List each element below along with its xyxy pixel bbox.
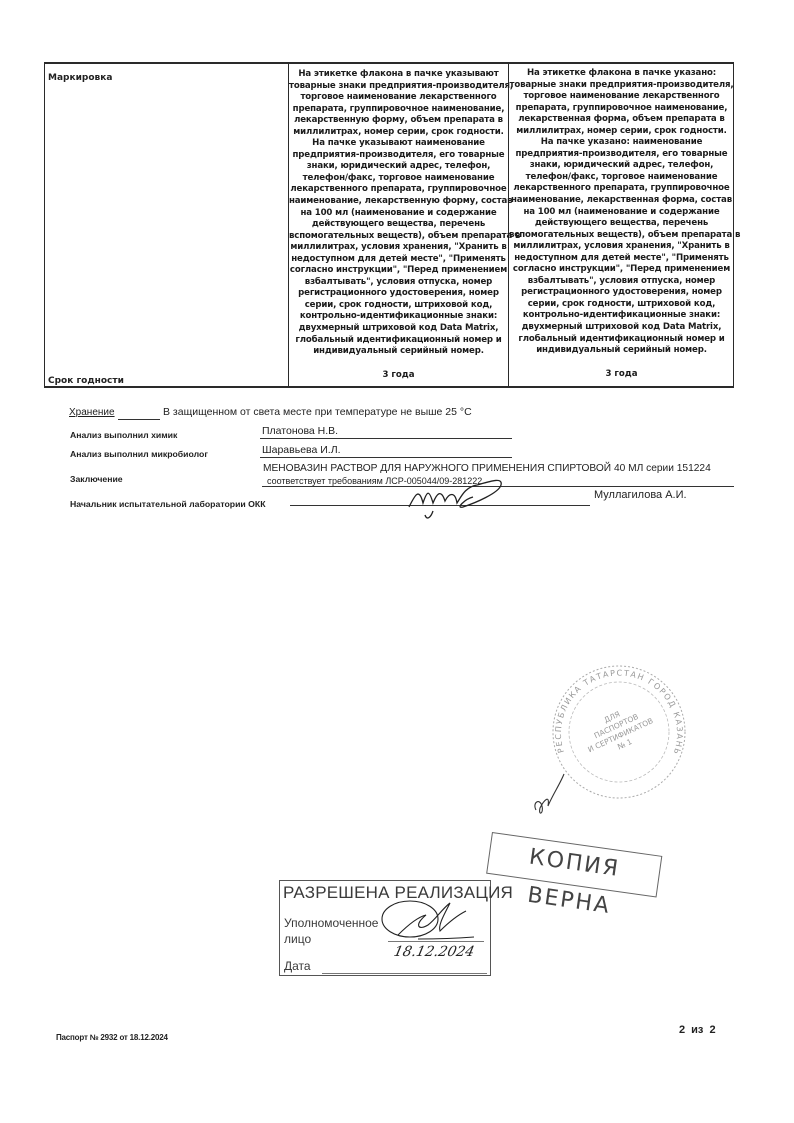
cell-line: вспомогательных веществ), объем препарат… [509, 230, 734, 242]
cell-line: миллилитрах, условия хранения, "Хранить … [509, 241, 734, 253]
cell-line: контрольно-идентификационные знаки: [509, 310, 734, 322]
cell-line: лекарственного препарата, группировочное [289, 184, 508, 196]
authorized-signature-icon [378, 895, 478, 945]
cell-line: серии, срок годности, штриховой код, [289, 300, 508, 312]
cell-line: взбалтывать", условия отпуска, номер [289, 277, 508, 289]
date-underline [322, 973, 487, 974]
cell-line: лекарственная форма, объем препарата в [509, 114, 734, 126]
cell-line: миллилитрах, номер серии, срок годности. [509, 126, 734, 138]
head-of-lab-name: Муллагилова А.И. [594, 489, 687, 501]
date-label: Дата [284, 959, 311, 973]
cell-line: взбалтывать", условия отпуска, номер [509, 276, 734, 288]
cell-line: индивидуальный серийный номер. [509, 345, 734, 357]
chemist-underline [260, 438, 512, 439]
cell-line: контрольно-идентификационные знаки: [289, 311, 508, 323]
cell-line: товарные знаки предприятия-производителя… [509, 80, 734, 92]
cell-line: товарные знаки предприятия-производителя… [289, 81, 508, 93]
shelf-life-actual: 3 года [509, 369, 734, 379]
cell-line: двухмерный штриховой код Data Matrix, [289, 323, 508, 335]
page-number: 2 из 2 [679, 1024, 716, 1036]
microbiologist-underline [260, 457, 512, 458]
cell-line: глобальный идентификационный номер и [289, 335, 508, 347]
cell-line: глобальный идентификационный номер и [509, 334, 734, 346]
cell-line: телефон/факс, торговое наименование [289, 173, 508, 185]
marking-actual-text: На этикетке флакона в пачке указано:това… [509, 68, 734, 357]
cell-line: знаки, юридический адрес, телефон, [289, 161, 508, 173]
cell-line: На пачке указывают наименование [289, 138, 508, 150]
conclusion-label: Заключение [70, 474, 123, 484]
cell-line: наименование, лекарственную форму, соста… [289, 196, 508, 208]
chemist-name: Платонова Н.В. [262, 425, 338, 437]
cell-line: на 100 мл (наименование и содержание [509, 207, 734, 219]
cell-line: предприятия-производителя, его товарные [509, 149, 734, 161]
cell-line: действующего вещества, перечень [289, 219, 508, 231]
cell-line: На пачке указано: наименование [509, 137, 734, 149]
date-value: 18.12.2024 [392, 944, 476, 960]
authorized-person-label-line1: Уполномоченное [284, 916, 378, 930]
specification-table: Маркировка На этикетке флакона в пачке у… [44, 62, 734, 388]
storage-label: Хранение [69, 407, 115, 418]
cell-line: торговое наименование лекарственного [509, 91, 734, 103]
cell-line: двухмерный штриховой код Data Matrix, [509, 322, 734, 334]
authorized-person-label-line2: лицо [284, 932, 311, 946]
shelf-life-spec: 3 года [289, 370, 508, 380]
passport-footer: Паспорт № 2932 от 18.12.2024 [56, 1033, 168, 1042]
cell-line: согласно инструкции", "Перед применением [289, 265, 508, 277]
cell-line: на 100 мл (наименование и содержание [289, 208, 508, 220]
head-of-lab-label: Начальник испытательной лаборатории ОКК [70, 499, 266, 509]
seal-signature-icon [530, 770, 570, 820]
cell-line: согласно инструкции", "Перед применением [509, 264, 734, 276]
head-of-lab-signature-icon [405, 473, 515, 523]
cell-line: регистрационного удостоверения, номер [289, 288, 508, 300]
cell-line: миллилитрах, условия хранения, "Хранить … [289, 242, 508, 254]
cell-line: действующего вещества, перечень [509, 218, 734, 230]
cell-line: недоступном для детей месте", "Применять [509, 253, 734, 265]
cell-line: регистрационного удостоверения, номер [509, 287, 734, 299]
cell-line: недоступном для детей месте", "Применять [289, 254, 508, 266]
cell-line: На этикетке флакона в пачке указывают [289, 69, 508, 81]
cell-line: серии, срок годности, штриховой код, [509, 299, 734, 311]
cell-line: знаки, юридический адрес, телефон, [509, 160, 734, 172]
cell-line: вспомогательных веществ), объем препарат… [289, 231, 508, 243]
marking-spec-text: На этикетке флакона в пачке указываюттов… [289, 69, 508, 358]
cell-line: На этикетке флакона в пачке указано: [509, 68, 734, 80]
cell-line: телефон/факс, торговое наименование [509, 172, 734, 184]
cell-line: препарата, группировочное наименование, [289, 104, 508, 116]
cell-line: лекарственного препарата, группировочное [509, 183, 734, 195]
microbiologist-name: Шаравьева И.Л. [262, 444, 341, 456]
cell-line: предприятия-производителя, его товарные [289, 150, 508, 162]
row-label-marking: Маркировка [48, 73, 112, 83]
cell-line: торговое наименование лекарственного [289, 92, 508, 104]
cell-line: наименование, лекарственная форма, соста… [509, 195, 734, 207]
release-approved-stamp: РАЗРЕШЕНА РЕАЛИЗАЦИЯ Уполномоченное лицо… [279, 880, 491, 976]
microbiologist-label: Анализ выполнил микробиолог [70, 449, 208, 459]
document-page: Маркировка На этикетке флакона в пачке у… [0, 0, 794, 1123]
storage-value: В защищенном от света месте при температ… [163, 406, 472, 418]
cell-line: миллилитрах, номер серии, срок годности. [289, 127, 508, 139]
chemist-label: Анализ выполнил химик [70, 430, 177, 440]
row-label-shelf-life: Срок годности [48, 376, 124, 386]
storage-underline [118, 419, 160, 420]
cell-line: лекарственную форму, объем препарата в [289, 115, 508, 127]
cell-line: индивидуальный серийный номер. [289, 346, 508, 358]
cell-line: препарата, группировочное наименование, [509, 103, 734, 115]
